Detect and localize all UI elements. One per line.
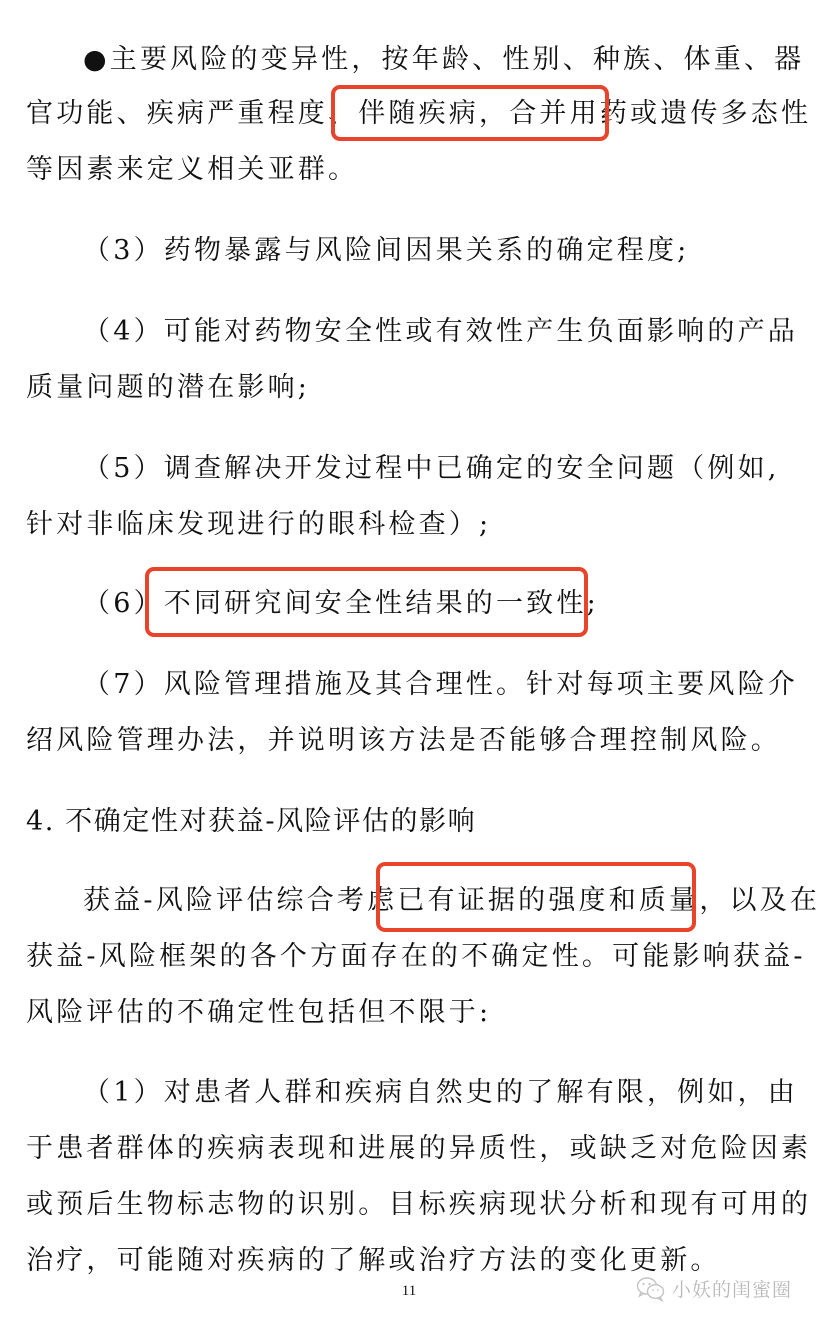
section-heading: 4. 不确定性对获益-风险评估的影响 [26, 804, 476, 840]
watermark: 小妖的闺蜜圈 [636, 1275, 792, 1302]
paragraph-line-1: 获益-风险评估综合考虑已有证据的强度和质量，以及在 [83, 883, 818, 919]
bullet-line-3: 等因素来定义相关亚群。 [26, 152, 358, 188]
list-item-3: （3）药物暴露与风险间因果关系的确定程度; [83, 233, 689, 269]
uncertainty-item-1-line-3: 或预后生物标志物的识别。目标疾病现状分析和现有可用的 [26, 1187, 811, 1223]
list-item-4-line-2: 质量问题的潜在影响; [26, 370, 310, 406]
list-item-7-line-1: （7）风险管理措施及其合理性。针对每项主要风险介 [83, 667, 798, 703]
uncertainty-item-1-line-1: （1）对患者人群和疾病自然史的了解有限，例如，由 [83, 1075, 798, 1111]
document-page: ●主要风险的变异性，按年龄、性别、种族、体重、器 官功能、疾病严重程度、伴随疾病… [0, 0, 818, 1326]
bullet-line-2: 官功能、疾病严重程度、伴随疾病，合并用药或遗传多态性 [26, 96, 811, 132]
list-item-5-line-2: 针对非临床发现进行的眼科检查）; [26, 507, 491, 543]
bullet-line-1: ●主要风险的变异性，按年龄、性别、种族、体重、器 [83, 42, 804, 78]
paragraph-line-2: 获益-风险框架的各个方面存在的不确定性。可能影响获益- [26, 939, 806, 975]
list-item-5-line-1: （5）调查解决开发过程中已确定的安全问题（例如, [83, 451, 780, 487]
uncertainty-item-1-line-4: 治疗，可能随对疾病的了解或治疗方法的变化更新。 [26, 1243, 721, 1279]
list-item-4-line-1: （4）可能对药物安全性或有效性产生负面影响的产品 [83, 314, 798, 350]
watermark-text: 小妖的闺蜜圈 [672, 1275, 792, 1302]
paragraph-line-3: 风险评估的不确定性包括但不限于: [26, 995, 491, 1031]
list-item-7-line-2: 绍风险管理办法，并说明该方法是否能够合理控制风险。 [26, 723, 781, 759]
list-item-6: （6）不同研究间安全性结果的一致性; [83, 586, 599, 622]
wechat-icon [636, 1276, 666, 1302]
uncertainty-item-1-line-2: 于患者群体的疾病表现和进展的异质性，或缺乏对危险因素 [26, 1131, 811, 1167]
